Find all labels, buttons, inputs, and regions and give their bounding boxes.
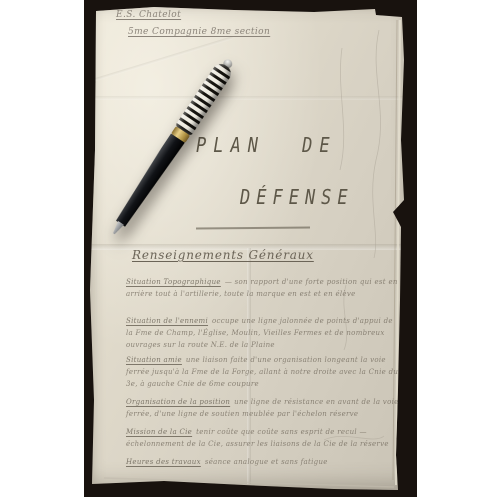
paragraph: Organisation de la positionune ligne de … (126, 396, 402, 420)
document-title-line1: PLAN DE (196, 134, 337, 158)
paragraph-lead: Heures des travaux (126, 458, 201, 466)
title-underline (196, 227, 310, 230)
paragraph-lead: Organisation de la position (126, 398, 230, 406)
owner-annotation: E.S. Chatelot (116, 10, 181, 20)
paragraph-lead: Situation Topographique (126, 278, 221, 286)
fold-crease-horizontal-faint (90, 96, 410, 100)
document-title-line2: DÉFENSE (240, 186, 354, 210)
section-heading: Renseignements Généraux (132, 248, 314, 262)
paragraph: Mission de la Cietenir coûte que coûte s… (126, 426, 402, 450)
paragraph: Situation amieune liaison faite d'une or… (126, 354, 402, 390)
paragraph-lead: Situation de l'ennemi (126, 317, 208, 325)
paragraph: Heures des travauxséance analogue et san… (126, 456, 402, 468)
photo-frame: E.S. Chatelot 5me Compagnie 8me section … (0, 0, 500, 500)
paragraph-lead: Mission de la Cie (126, 428, 192, 436)
document-paper: E.S. Chatelot 5me Compagnie 8me section … (84, 0, 417, 497)
photo-backdrop: E.S. Chatelot 5me Compagnie 8me section … (84, 0, 417, 497)
paragraph-text: séance analogue et sans fatigue (205, 458, 328, 466)
paragraph: Situation Topographique— son rapport d'u… (126, 276, 402, 300)
paragraph: Situation de l'ennemioccupe une ligne ja… (126, 315, 402, 351)
paragraph-lead: Situation amie (126, 356, 182, 364)
unit-annotation: 5me Compagnie 8me section (128, 27, 270, 37)
